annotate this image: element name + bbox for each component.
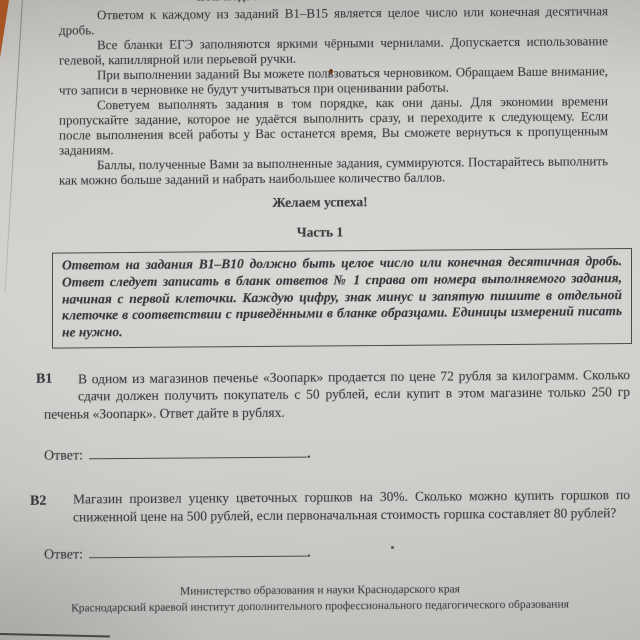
paper-speck	[391, 546, 394, 549]
answer-blank-line	[89, 543, 307, 559]
answer-line-period: .	[307, 447, 311, 462]
answer-line-period: .	[307, 546, 311, 561]
ink-blot	[329, 69, 333, 74]
intro-paragraph-ink-rules: Все бланки ЕГЭ заполняются яркими чёрным…	[59, 33, 608, 67]
label-indent-spacer	[44, 491, 73, 526]
problem-b1: В1 В одном из магазинов печенье «Зоопарк…	[44, 366, 630, 465]
intro-paragraph-draft-notice: При выполнении заданий Вы можете пользов…	[59, 63, 608, 97]
good-luck-heading: Желаем успеха!	[0, 192, 640, 213]
instruction-box: Ответом на задания В1–В10 должно быть це…	[52, 248, 632, 349]
answer-label: Ответ:	[44, 548, 83, 563]
problem-b1-text: В одном из магазинов печенье «Зоопарк» п…	[44, 366, 630, 423]
answer-label: Ответ:	[44, 449, 83, 464]
problem-b2: В2 Магазин произвел уценку цветочных гор…	[44, 487, 630, 565]
part-1-heading: Часть 1	[0, 222, 640, 243]
problem-b2-label: В2	[30, 494, 46, 510]
intro-paragraph-answer-format: Ответом к каждому из заданий В1–В15 явля…	[59, 0, 608, 38]
intro-paragraph-scoring: Баллы, полученные Вами за выполненные за…	[59, 153, 608, 187]
footer-institution: Министерство образования и науки Краснод…	[0, 581, 640, 617]
stray-pencil-mark	[516, 500, 524, 501]
problem-b2-answer-row: Ответ:.	[44, 541, 630, 565]
problem-b2-text: Магазин произвел уценку цветочных горшко…	[44, 487, 630, 527]
answer-blank-line	[89, 444, 307, 460]
intro-paragraph-order-advice: Советуем выполнять задания в том порядке…	[59, 93, 608, 157]
problem-b1-answer-row: Ответ:.	[44, 442, 630, 466]
problem-b1-label: В1	[36, 372, 52, 388]
page-content: ной подготовки. Ответом к каждому из зад…	[0, 0, 640, 617]
